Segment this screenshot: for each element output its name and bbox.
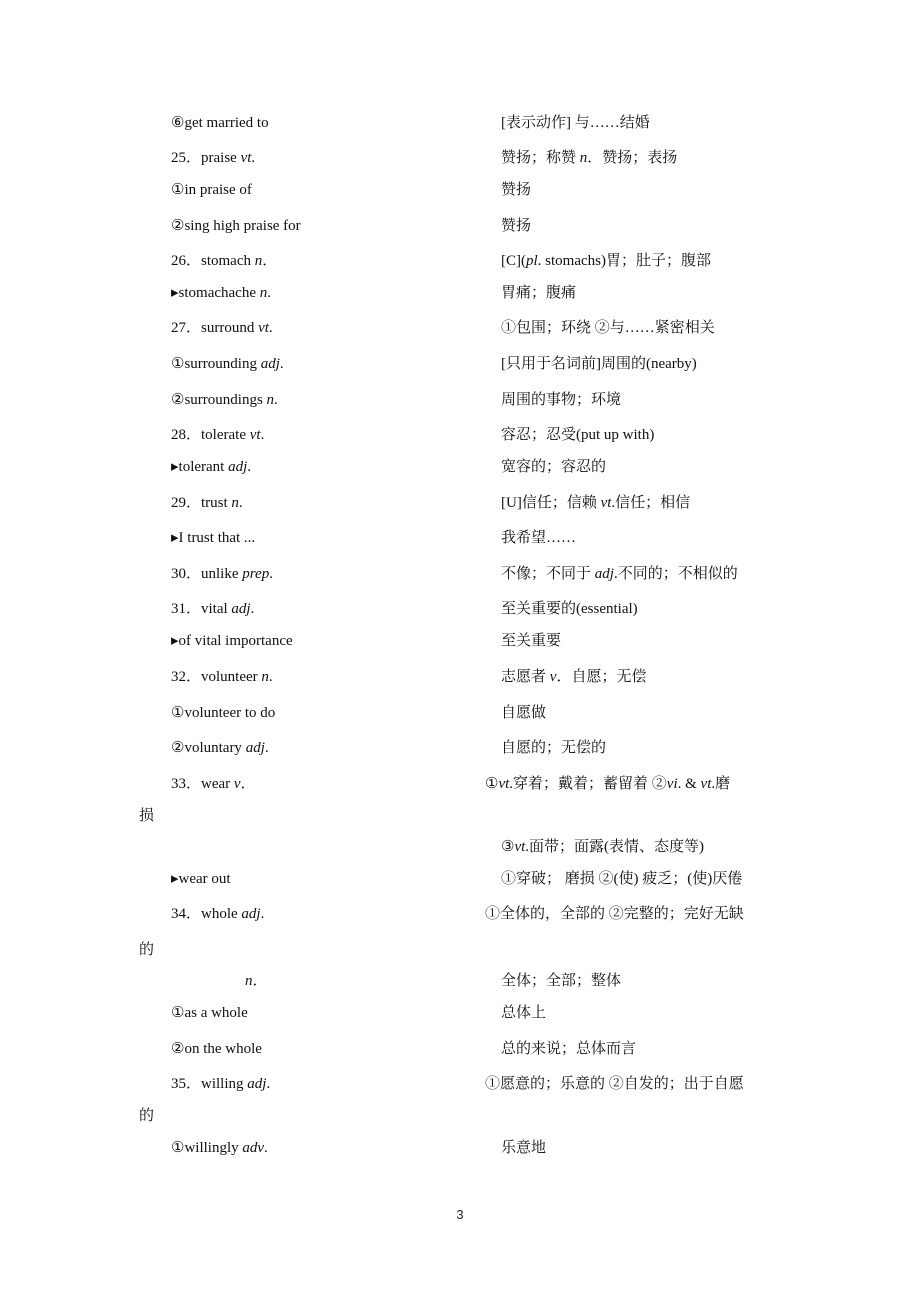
vocab-term: ①in praise of (171, 178, 252, 202)
vocab-definition: 赞扬；称赞 n．赞扬；表扬 (501, 146, 677, 170)
vocab-row: ▸of vital importance至关重要 (0, 629, 920, 653)
vocab-definition: ①包围；环绕 ②与……紧密相关 (501, 316, 715, 340)
vocab-term: 35．willing adj. (171, 1072, 270, 1096)
vocab-row: 的 (0, 938, 920, 962)
vocab-row: n．全体；全部；整体 (0, 969, 920, 993)
vocab-definition: 周围的事物；环境 (501, 388, 621, 412)
vocab-row: 33．wear v．①vt.穿着；戴着；蓄留着 ②vi. & vt.磨 (0, 772, 920, 796)
vocab-row: 31．vital adj.至关重要的(essential) (0, 597, 920, 621)
definition-wrap-text: 的 (139, 1104, 154, 1128)
vocab-definition: [表示动作] 与……结婚 (501, 111, 650, 135)
vocab-term: 25．praise vt. (171, 146, 255, 170)
vocab-row: ⑥get married to[表示动作] 与……结婚 (0, 111, 920, 135)
vocab-definition: [U]信任；信赖 vt.信任；相信 (501, 491, 690, 515)
vocab-term: 32．volunteer n. (171, 665, 273, 689)
vocab-term: 31．vital adj. (171, 597, 254, 621)
vocab-row: 25．praise vt.赞扬；称赞 n．赞扬；表扬 (0, 146, 920, 170)
vocab-term: ②voluntary adj. (171, 736, 269, 760)
vocab-row: ▸tolerant adj.宽容的；容忍的 (0, 455, 920, 479)
vocab-term: ②on the whole (171, 1037, 262, 1061)
vocab-definition: 容忍；忍受(put up with) (501, 423, 654, 447)
vocab-definition: 自愿做 (501, 701, 546, 725)
vocab-row: 29．trust n.[U]信任；信赖 vt.信任；相信 (0, 491, 920, 515)
vocab-row: ①willingly adv.乐意地 (0, 1136, 920, 1160)
vocab-row: 26．stomach n．[C](pl. stomachs)胃；肚子；腹部 (0, 249, 920, 273)
vocab-row: ②surroundings n.周围的事物；环境 (0, 388, 920, 412)
vocab-row: 32．volunteer n.志愿者 v．自愿；无偿 (0, 665, 920, 689)
vocab-row: 27．surround vt.①包围；环绕 ②与……紧密相关 (0, 316, 920, 340)
vocab-definition: 全体；全部；整体 (501, 969, 621, 993)
vocab-row: 损 (0, 804, 920, 828)
vocab-definition: ①全体的，全部的 ②完整的；完好无缺 (485, 902, 744, 926)
vocab-definition: 自愿的；无偿的 (501, 736, 606, 760)
vocab-definition: 我希望…… (501, 526, 576, 550)
vocab-definition: ①愿意的；乐意的 ②自发的；出于自愿 (485, 1072, 744, 1096)
vocab-definition: ①vt.穿着；戴着；蓄留着 ②vi. & vt.磨 (485, 772, 730, 796)
vocab-row: 30．unlike prep.不像；不同于 adj.不同的；不相似的 (0, 562, 920, 586)
vocab-row: ②on the whole总的来说；总体而言 (0, 1037, 920, 1061)
vocab-definition: 胃痛；腹痛 (501, 281, 576, 305)
vocab-term: ▸I trust that ... (171, 526, 255, 550)
vocab-definition: 乐意地 (501, 1136, 546, 1160)
vocab-row: ①as a whole总体上 (0, 1001, 920, 1025)
vocab-term: ②surroundings n. (171, 388, 278, 412)
page-number: 3 (0, 1207, 920, 1222)
vocab-row: ▸wear out①穿破； 磨损 ②(使) 疲乏；(使)厌倦 (0, 867, 920, 891)
vocab-definition: [C](pl. stomachs)胃；肚子；腹部 (501, 249, 711, 273)
vocab-row: ③vt.面带；面露(表情、态度等) (0, 835, 920, 859)
vocab-row: ①surrounding adj.[只用于名词前]周围的(nearby) (0, 352, 920, 376)
vocab-row: ▸I trust that ...我希望…… (0, 526, 920, 550)
vocab-row: ①volunteer to do自愿做 (0, 701, 920, 725)
vocab-definition: 不像；不同于 adj.不同的；不相似的 (501, 562, 738, 586)
vocab-term: 30．unlike prep. (171, 562, 273, 586)
vocab-row: ②sing high praise for赞扬 (0, 214, 920, 238)
vocab-term: ①surrounding adj. (171, 352, 284, 376)
vocab-term: ▸stomachache n. (171, 281, 271, 305)
vocab-term: 33．wear v． (171, 772, 256, 796)
vocab-term: ▸tolerant adj. (171, 455, 251, 479)
vocab-term: ▸wear out (171, 867, 231, 891)
vocab-term: ▸of vital importance (171, 629, 293, 653)
vocab-definition: 赞扬 (501, 214, 531, 238)
vocab-term: 29．trust n. (171, 491, 243, 515)
vocab-term: 28．tolerate vt. (171, 423, 264, 447)
vocab-term: 34．whole adj. (171, 902, 264, 926)
vocab-term: ②sing high praise for (171, 214, 301, 238)
definition-wrap-text: 的 (139, 938, 154, 962)
definition-wrap-text: 损 (139, 804, 154, 828)
vocab-definition: 至关重要的(essential) (501, 597, 638, 621)
vocab-definition: 总体上 (501, 1001, 546, 1025)
vocab-definition: ①穿破； 磨损 ②(使) 疲乏；(使)厌倦 (501, 867, 742, 891)
vocab-row: ▸stomachache n.胃痛；腹痛 (0, 281, 920, 305)
vocab-row: 35．willing adj.①愿意的；乐意的 ②自发的；出于自愿 (0, 1072, 920, 1096)
vocab-definition: 志愿者 v．自愿；无偿 (501, 665, 646, 689)
vocab-term: 26．stomach n． (171, 249, 277, 273)
vocab-term: ⑥get married to (171, 111, 269, 135)
vocab-row: 28．tolerate vt.容忍；忍受(put up with) (0, 423, 920, 447)
vocab-definition: 宽容的；容忍的 (501, 455, 606, 479)
vocab-term: 27．surround vt. (171, 316, 273, 340)
vocab-term: n． (245, 969, 268, 993)
vocab-term: ①willingly adv. (171, 1136, 268, 1160)
vocab-definition: 至关重要 (501, 629, 561, 653)
vocab-row: ①in praise of赞扬 (0, 178, 920, 202)
vocab-definition: 总的来说；总体而言 (501, 1037, 636, 1061)
vocab-row: 34．whole adj.①全体的，全部的 ②完整的；完好无缺 (0, 902, 920, 926)
vocab-definition: ③vt.面带；面露(表情、态度等) (501, 835, 704, 859)
vocab-row: 的 (0, 1104, 920, 1128)
vocab-definition: 赞扬 (501, 178, 531, 202)
vocab-term: ①volunteer to do (171, 701, 275, 725)
vocab-term: ①as a whole (171, 1001, 248, 1025)
vocab-row: ②voluntary adj.自愿的；无偿的 (0, 736, 920, 760)
vocab-definition: [只用于名词前]周围的(nearby) (501, 352, 697, 376)
